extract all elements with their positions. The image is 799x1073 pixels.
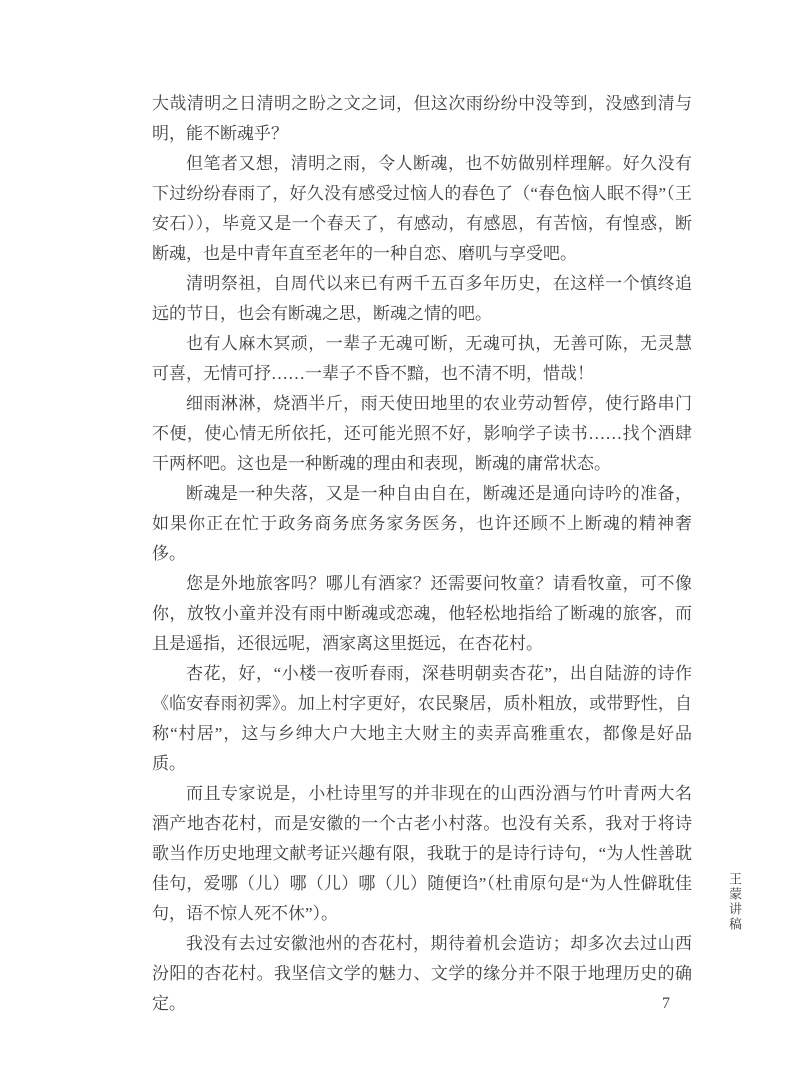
paragraph: 而且专家说是，小杜诗里写的并非现在的山西汾酒与竹叶青两大名酒产地杏花村，而是安徽… xyxy=(152,779,692,929)
paragraph: 清明祭祖，自周代以来已有两千五百多年历史，在这样一个慎终追远的节日，也会有断魂之… xyxy=(152,269,692,329)
paragraph: 大哉清明之日清明之盼之文之词，但这次雨纷纷中没等到，没感到清与明，能不断魂乎？ xyxy=(152,89,692,149)
paragraph: 我没有去过安徽池州的杏花村，期待着机会造访；却多次去过山西汾阳的杏花村。我坚信文… xyxy=(152,929,692,1019)
paragraph: 您是外地旅客吗？哪儿有酒家？还需要问牧童？请看牧童，可不像你，放牧小童并没有雨中… xyxy=(152,569,692,659)
page-number: 7 xyxy=(662,995,670,1013)
paragraph: 断魂是一种失落，又是一种自由自在，断魂还是通向诗吟的准备，如果你正在忙于政务商务… xyxy=(152,479,692,569)
running-title-vertical: 王蒙讲稿 xyxy=(725,872,744,932)
book-page: 大哉清明之日清明之盼之文之词，但这次雨纷纷中没等到，没感到清与明，能不断魂乎？但… xyxy=(0,0,799,1073)
paragraph: 也有人麻木冥顽，一辈子无魂可断，无魂可执，无善可陈，无灵慧可喜，无情可抒……一辈… xyxy=(152,329,692,389)
paragraph: 细雨淋淋，烧酒半斤，雨天使田地里的农业劳动暂停，使行路串门不便，使心情无所依托，… xyxy=(152,389,692,479)
paragraph: 杏花，好，“小楼一夜听春雨，深巷明朝卖杏花”，出自陆游的诗作《临安春雨初霁》。加… xyxy=(152,659,692,779)
paragraph: 但笔者又想，清明之雨，令人断魂，也不妨做别样理解。好久没有下过纷纷春雨了，好久没… xyxy=(152,149,692,269)
body-text: 大哉清明之日清明之盼之文之词，但这次雨纷纷中没等到，没感到清与明，能不断魂乎？但… xyxy=(152,89,692,1019)
